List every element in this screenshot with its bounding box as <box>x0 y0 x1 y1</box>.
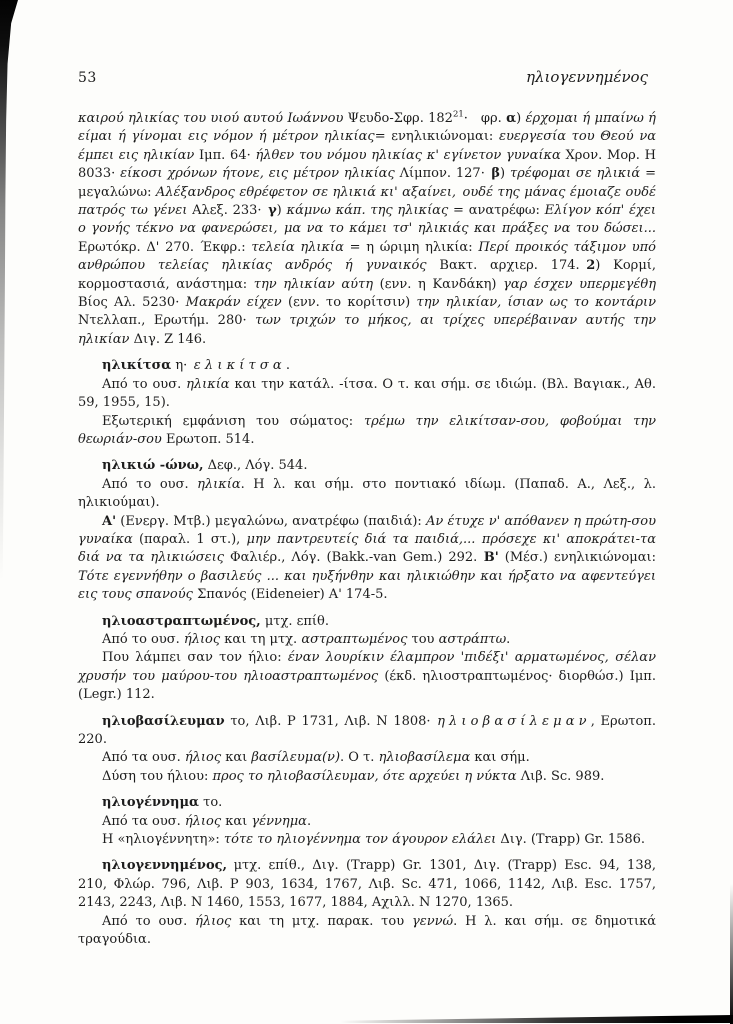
text-segment: (παραλ. 1 στ.), <box>139 532 247 547</box>
text-segment: ήλθεν του νόμου ηλικίας κ' εγίνετον γυνα… <box>255 148 565 163</box>
text-segment: (Μέσ.) ενηλικιώνομαι: <box>499 550 656 565</box>
text-segment: τελεία ηλικία <box>251 240 349 255</box>
text-segment: ) <box>500 166 510 181</box>
paragraph: Από τα ουσ. ήλιος και βασίλευμα(ν). Ο τ.… <box>78 749 656 767</box>
text-segment: ελικίτσα <box>194 358 286 373</box>
scan-artifact-left-smudge <box>0 0 18 580</box>
text-segment: = η ώριμη ηλικία: <box>350 240 479 255</box>
paragraph: καιρού ηλικίας του υιού αυτού Ιωάννου Ψε… <box>78 110 656 349</box>
text-segment: βασίλευμα(ν) <box>251 750 340 765</box>
text-segment: = ανατρέφω: <box>453 203 545 218</box>
text-segment: και <box>221 750 251 765</box>
headword-text: β <box>491 166 500 181</box>
headword-text: ηλικίτσα <box>102 358 171 373</box>
headword-text: ηλιογέννημα <box>102 795 199 810</box>
page-header: 53 ηλιογεννημένος <box>78 68 648 86</box>
entry-headword-line: ηλικίτσα η· ελικίτσα. <box>78 357 656 375</box>
text-segment: και τη μτχ. <box>220 632 301 647</box>
text-segment: και τη μτχ. παρακ. του <box>231 914 412 929</box>
paragraph: Από το ουσ. ήλιος και τη μτχ. παρακ. του… <box>78 913 656 950</box>
paragraph: Η «ηλιογέννητη»: τότε το ηλιογέννημα τον… <box>78 831 656 849</box>
text-segment: Εξωτερική εμφάνιση του σώματος: <box>102 414 364 429</box>
text-segment: Σπανός (Eideneier) Α' 174-5. <box>197 587 387 602</box>
text-segment: η· <box>171 358 194 373</box>
entry-headword-line: ηλιογέννημα το. <box>78 794 656 812</box>
text-segment: ήλιος <box>195 914 231 929</box>
paragraph: Από τα ουσ. ήλιος και γέννημα. <box>78 813 656 831</box>
text-segment: ήλιος <box>185 750 221 765</box>
text-segment: καιρού ηλικίας του υιού αυτού Ιωάννου <box>78 111 348 126</box>
paragraph: Δύση του ήλιου: προς το ηλιοβασίλευμαν, … <box>78 768 656 786</box>
paragraph: Εξωτερική εμφάνιση του σώματος: τρέμω τη… <box>78 413 656 450</box>
text-segment: Από τα ουσ. <box>102 750 185 765</box>
running-title: ηλιογεννημένος <box>526 68 648 86</box>
headword-text: Α' <box>102 514 116 529</box>
text-segment: Από το ουσ. <box>102 632 184 647</box>
text-segment: αστραπτωμένος <box>301 632 407 647</box>
headword-text: ηλικιώ -ώνω, <box>102 458 204 473</box>
text-segment: γαρ έσχεν υπερμεγέθη <box>503 277 656 292</box>
text-segment: Βακτ. αρχιερ. 174. <box>439 258 586 273</box>
paragraph: Από το ουσ. ηλικία. Η λ. και σήμ. στο πο… <box>78 476 656 513</box>
text-segment: ) <box>277 203 287 218</box>
text-segment: τότε το ηλιογέννημα τον άγουρον ελάλει <box>224 832 500 847</box>
text-segment: γεννώ <box>412 914 453 929</box>
text-segment: Από το ουσ. <box>102 914 195 929</box>
text-segment: Διγ. Ζ 146. <box>134 332 207 347</box>
text-segment: Ιμπ. 64· <box>199 148 255 163</box>
paragraph: Α' (Ενεργ. Μτβ.) μεγαλώνω, ανατρέφω (παι… <box>78 513 656 605</box>
text-block: καιρού ηλικίας του υιού αυτού Ιωάννου Ψε… <box>78 110 656 949</box>
text-segment: ηλικία <box>197 477 241 492</box>
headword-text: Β' <box>484 550 499 565</box>
text-segment: · φρ. <box>464 111 506 126</box>
entry-headword-line: ηλιοαστραπτωμένος, μτχ. επίθ. <box>78 613 656 631</box>
text-segment: του <box>407 632 438 647</box>
text-segment: Ντελλαπ., Ερωτήμ. 280· <box>78 313 255 328</box>
text-segment: Λίμπον. 127· <box>400 166 492 181</box>
headword-text: ηλιοβασίλευμαν <box>102 714 225 729</box>
scan-artifact-bottom-line <box>340 1015 733 1023</box>
text-segment: (Ενεργ. Μτβ.) μεγαλώνω, ανατρέφω (παιδιά… <box>116 514 426 529</box>
text-segment: Δύση του ήλιου: <box>102 769 213 784</box>
text-segment: κάμνω κάπ. της ηλικίας <box>287 203 454 218</box>
text-segment: ήλιος <box>185 814 221 829</box>
text-segment: την ηλικίαν αύτη <box>254 277 380 292</box>
text-segment: Η «ηλιογέννητη»: <box>102 832 224 847</box>
text-segment: γέννημα <box>251 814 307 829</box>
text-segment: Φαλιέρ., Λόγ. (Bakk.-van Gem.) 292. <box>230 550 484 565</box>
entry-headword-line: ηλιοβασίλευμαν το, Λιβ. Ρ 1731, Λιβ. Ν 1… <box>78 713 656 750</box>
scanned-page: 53 ηλιογεννημένος καιρού ηλικίας του υιο… <box>0 0 733 1024</box>
text-segment: = ενηλικιώνομαι: <box>375 129 499 144</box>
text-segment: . <box>506 632 510 647</box>
text-segment: το. <box>199 795 222 810</box>
text-segment: Ερωτοπ. 514. <box>166 432 255 447</box>
entry-headword-line: ηλικιώ -ώνω, Δεφ., Λόγ. 544. <box>78 457 656 475</box>
entry-headword-line: ηλιογεννημένος, μτχ. επίθ., Διγ. (Trapp)… <box>78 857 656 912</box>
text-segment: . Ο τ. <box>340 750 379 765</box>
text-segment: 21 <box>453 110 464 120</box>
text-segment: (ενν. η Κανδάκη) <box>380 277 503 292</box>
text-segment: αστράπτω <box>439 632 507 647</box>
text-segment: Βίος Αλ. 5230· <box>78 295 186 310</box>
headword-text: γ <box>268 203 277 218</box>
headword-text: ηλιογεννημένος, <box>102 858 227 873</box>
text-segment: Που λάμπει σαν τον ήλιο: <box>102 650 288 665</box>
text-segment: Λιβ. Sc. 989. <box>521 769 605 784</box>
text-segment: Από το ουσ. <box>102 377 186 392</box>
paragraph: Που λάμπει σαν τον ήλιο: έναν λουρίκιν έ… <box>78 649 656 704</box>
text-segment: είκοσι χρόνων ήτονε, εις μέτρον ηλικίας <box>120 166 400 181</box>
text-segment: . <box>286 358 290 373</box>
text-segment: την ηλικίαν, ίσιαν ως το κοντάριν <box>417 295 656 310</box>
text-segment: Διγ. (Trapp) Gr. 1586. <box>500 832 645 847</box>
headword-text: ηλιοαστραπτωμένος, <box>102 614 261 629</box>
text-segment: ηλικία <box>186 377 230 392</box>
text-segment: Δεφ., Λόγ. 544. <box>204 458 308 473</box>
text-segment: και σήμ. <box>470 750 530 765</box>
text-segment: Από τα ουσ. <box>102 814 185 829</box>
paragraph: Από το ουσ. ήλιος και τη μτχ. αστραπτωμέ… <box>78 631 656 649</box>
text-segment: το, Λιβ. Ρ 1731, Λιβ. Ν 1808· <box>225 714 437 729</box>
paragraph: Από το ουσ. ηλικία και την κατάλ. -ίτσα.… <box>78 376 656 413</box>
text-segment: Από το ουσ. <box>102 477 197 492</box>
text-segment: (ενν. το κορίτσιν) <box>288 295 417 310</box>
text-segment: ηλιοβασίλεμαν <box>437 714 591 729</box>
text-segment: Αλεξ. 233· <box>192 203 268 218</box>
text-segment: τρέφομαι σε ηλικιά <box>510 166 645 181</box>
text-segment: Ψευδο-Σφρ. 182 <box>348 111 453 126</box>
text-segment: προς το ηλιοβασίλευμαν, ότε αρχεύει η νύ… <box>213 769 521 784</box>
text-segment: ήλιος <box>184 632 220 647</box>
page-number: 53 <box>78 70 97 86</box>
text-segment: . <box>307 814 311 829</box>
text-segment: Μακράν είχεν <box>186 295 288 310</box>
text-segment: μτχ. επίθ. <box>261 614 329 629</box>
text-segment: ηλιοβασίλεμα <box>379 750 471 765</box>
text-segment: Ερωτόκρ. Δ' 270. Έκφρ.: <box>78 240 251 255</box>
text-segment: και <box>221 814 251 829</box>
headword-text: α <box>506 111 516 126</box>
headword-text: 2 <box>586 258 595 273</box>
